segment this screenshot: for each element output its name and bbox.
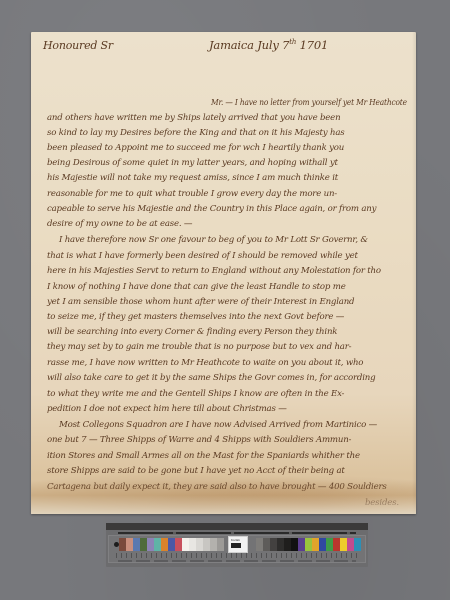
letter-line: I know of nothing I have done that can g… (47, 282, 346, 292)
color-swatch (147, 538, 154, 551)
color-swatch (284, 538, 291, 551)
letter-line: will be searching into every Corner & fi… (47, 327, 337, 337)
color-swatch (256, 538, 263, 551)
target-ruler (118, 532, 356, 534)
letter-line: to seize me, if they get masters themsel… (47, 312, 344, 322)
color-swatch (217, 538, 224, 551)
letter-line: and others have written me by Ships late… (47, 113, 340, 123)
color-swatch (347, 538, 354, 551)
letter-line: here in his Majesties Servt to return to… (47, 266, 381, 276)
color-swatches-left (119, 538, 224, 551)
salutation: Honoured Sr (43, 39, 113, 52)
color-swatch (210, 538, 217, 551)
letter-line: his Majestie will not take my request am… (47, 173, 338, 183)
color-swatch (133, 538, 140, 551)
letter-line: they may set by to gain me trouble that … (47, 342, 351, 352)
dateline-ordinal: th (289, 38, 296, 46)
target-label-bar (231, 543, 241, 548)
color-swatch (319, 538, 326, 551)
letter-line: Mr. — I have no letter from yourself yet… (211, 98, 407, 108)
letter-line: been pleased to Appoint me to succeed me… (47, 143, 344, 153)
page-edge-shadow (412, 32, 416, 514)
letter-line: besides. (365, 498, 399, 508)
color-swatch (182, 538, 189, 551)
color-swatch (175, 538, 182, 551)
color-swatch (203, 538, 210, 551)
letter-page: Honoured Sr Jamaica July 7th 1701 Mr. — … (31, 32, 416, 514)
dateline-year: 1701 (300, 38, 328, 52)
color-swatch (119, 538, 126, 551)
color-swatch (298, 538, 305, 551)
letter-line: so kind to lay my Desires before the Kin… (47, 128, 344, 138)
letter-line: ition Stores and Small Armes all on the … (47, 451, 360, 461)
color-swatch (140, 538, 147, 551)
letter-line: to what they write me and the Gentell Sh… (47, 389, 344, 399)
letter-line: I have therefore now Sr one favour to be… (59, 235, 368, 245)
color-swatch (340, 538, 347, 551)
color-calibration-target: Kodak (106, 523, 368, 567)
letter-line: being Desirous of some quiet in my latte… (47, 158, 338, 168)
letter-line: store Shipps are said to be gone but I h… (47, 466, 345, 476)
target-fineprint (118, 560, 356, 562)
letter-line: desire of my owne to be at ease. — (47, 219, 192, 229)
color-swatches-right (256, 538, 361, 551)
color-swatch (263, 538, 270, 551)
target-label-text: Kodak (231, 538, 240, 542)
color-swatch (270, 538, 277, 551)
color-swatch (189, 538, 196, 551)
letter-line: one but 7 — Three Shipps of Warre and 4 … (47, 435, 351, 445)
color-swatch (196, 538, 203, 551)
color-swatch (333, 538, 340, 551)
color-swatch (354, 538, 361, 551)
color-swatch (305, 538, 312, 551)
letter-line: yet I am sensible those whom hunt after … (47, 297, 354, 307)
dateline: Jamaica July 7th 1701 (209, 38, 328, 52)
color-swatch (277, 538, 284, 551)
target-top-band (106, 523, 368, 530)
letter-line: Most Collegons Squadron are I have now A… (59, 420, 377, 430)
letter-line: that is what I have formerly been desire… (47, 251, 358, 261)
letter-line: reasonable for me to quit what trouble I… (47, 189, 337, 199)
dateline-place-date: Jamaica July 7 (209, 38, 289, 52)
color-swatch (126, 538, 133, 551)
letter-line: rasse me, I have now written to Mr Heath… (47, 358, 363, 368)
letter-line: will also take care to get it by the sam… (47, 373, 375, 383)
color-swatch (154, 538, 161, 551)
letter-line: pedition I doe not expect him here till … (47, 404, 287, 414)
color-swatch (312, 538, 319, 551)
color-swatch (161, 538, 168, 551)
target-label: Kodak (228, 536, 248, 553)
letter-line: Cartagena but daily expect it, they are … (47, 482, 387, 492)
color-swatch (326, 538, 333, 551)
letter-line: capeable to serve his Majestie and the C… (47, 204, 376, 214)
color-swatch (168, 538, 175, 551)
color-swatch (291, 538, 298, 551)
target-scale-ticks (116, 553, 358, 558)
